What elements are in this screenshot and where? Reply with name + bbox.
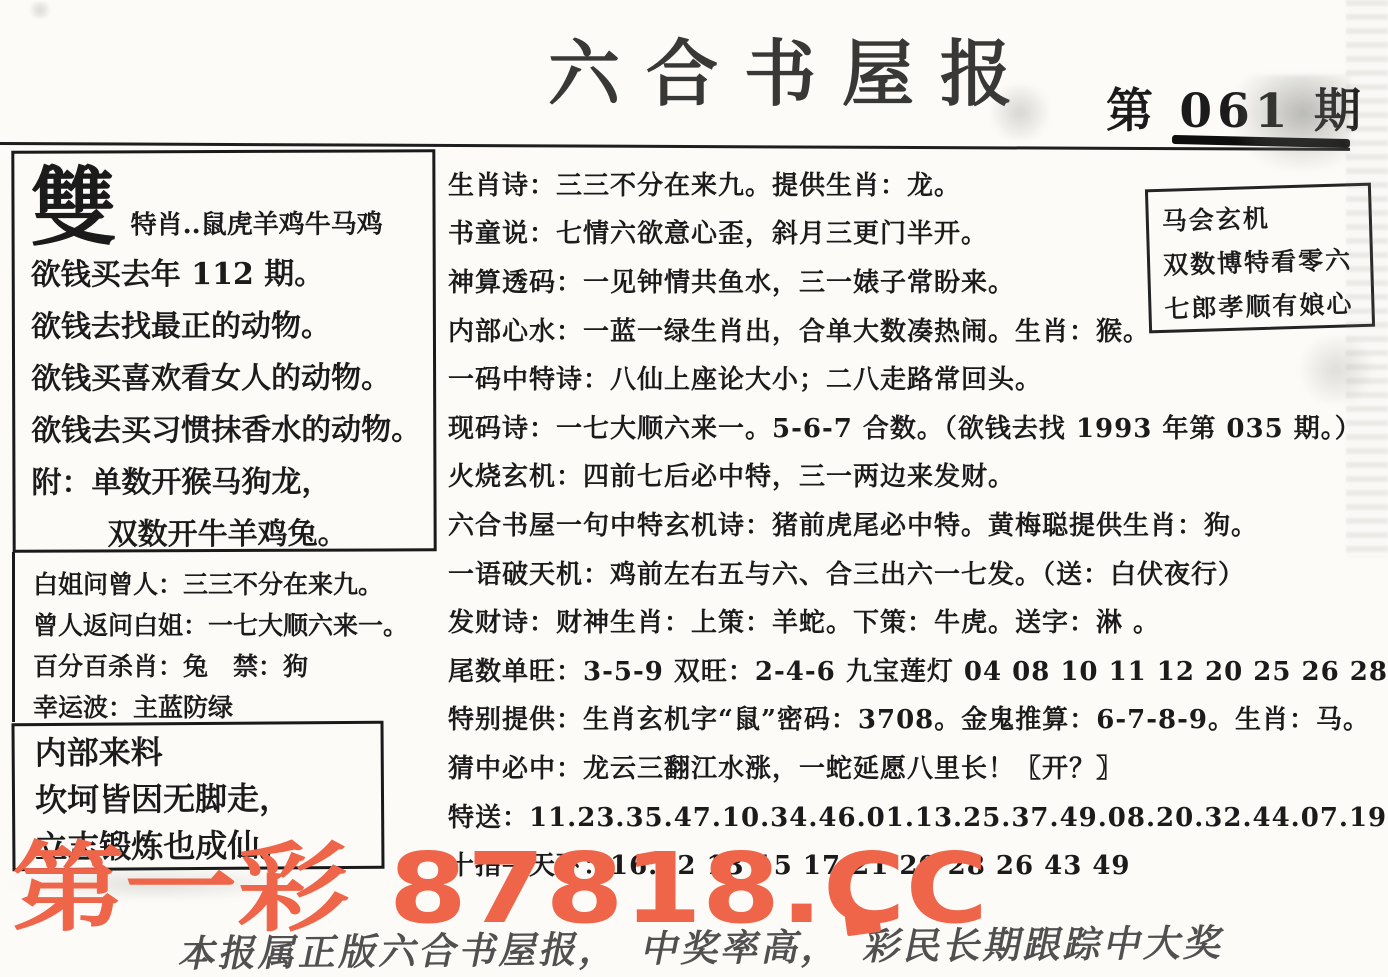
- clue-line-yimazhongteshi: 一码中特诗：八仙上座论大小；二八走路常回头。: [448, 353, 1388, 402]
- special-clue-line: 欲钱去买习惯抹香水的动物。: [31, 404, 429, 457]
- page-title: 六合书屋报: [548, 16, 1038, 120]
- special-clue-line: 欲钱买喜欢看女人的动物。: [31, 352, 429, 405]
- clue-line-weishudanwang: 尾数单旺：3-5-9 双旺：2-4-6 九宝莲灯 04 08 10 11 12 …: [448, 645, 1388, 694]
- special-clue-line: 欲钱去找最正的动物。: [31, 300, 429, 353]
- special-clue-line: 欲钱买去年 112 期。: [31, 248, 429, 301]
- special-pick-box: 雙 特肖..鼠虎羊鸡牛马鸡 欲钱买去年 112 期。 欲钱去找最正的动物。 欲钱…: [11, 149, 436, 552]
- double-char: 雙: [30, 168, 116, 250]
- clue-line-caizhongbizhong: 猜中必中：龙云三翻江水涨，一蛇延愿八里长！〖开？〗: [448, 742, 1388, 791]
- special-zodiac-label: 特肖..鼠虎羊鸡牛马鸡: [130, 203, 382, 249]
- hint-line: 马会玄机: [1161, 194, 1369, 244]
- clue-line-yijuzhongte: 六合书屋一句中特玄机诗：猪前虎尾必中特。黄梅聪提供生肖：狗。: [448, 499, 1388, 548]
- qa-section: 白姐问曾人：三三不分在来九。 曾人返问白姐：一七大顺六来一。 百分百杀肖：兔 禁…: [12, 552, 436, 722]
- qa-line: 白姐问曾人：三三不分在来九。: [33, 564, 436, 605]
- newspaper-page: 六合书屋报 第 061 期 雙 特肖..鼠虎羊鸡牛马鸡 欲钱买去年 112 期。…: [0, 0, 1388, 977]
- hint-line: 七郎孝顺有娘心: [1164, 282, 1372, 332]
- hint-line: 双数博特看零六: [1163, 238, 1371, 288]
- internal-material-line: 内部来料: [35, 728, 381, 777]
- clue-line-huoshaoxuanji: 火烧玄机：四前七后必中特，三一两边来发财。: [448, 451, 1388, 500]
- site-watermark-text: 第一彩 87818.CC: [12, 838, 988, 940]
- special-pick-header: 雙 特肖..鼠虎羊鸡牛马鸡: [30, 156, 428, 249]
- clue-line-xianmashi: 现码诗：一七大顺六来一。5-6-7 合数。（欲钱去找 1993 年第 035 期…: [448, 402, 1388, 451]
- special-clue-line: 附：单数开猴马狗龙，: [31, 456, 429, 509]
- clue-line-tebietigong: 特别提供：生肖玄机字“鼠”密码：3708。金鬼推算：6-7-8-9。生肖：马。: [448, 694, 1388, 743]
- issue-number: 第 061 期: [1106, 74, 1366, 141]
- qa-line: 曾人返问白姐：一七大顺六来一。: [33, 605, 436, 646]
- qa-line: 百分百杀肖：兔 禁：狗: [33, 646, 436, 687]
- scan-artifact: [26, 2, 54, 18]
- internal-material-line: 坎坷皆因无脚走，: [35, 775, 381, 824]
- clue-line-yiyupotianji: 一语破天机：鸡前左右五与六、合三出六一七发。（送：白伏夜行）: [448, 548, 1388, 597]
- mahui-xuanji-box: 马会玄机 双数博特看零六 七郎孝顺有娘心: [1145, 183, 1375, 334]
- clue-line-facaishi: 发财诗：财神生肖：上策：羊蛇。下策：牛虎。送字：淋 。: [448, 596, 1388, 645]
